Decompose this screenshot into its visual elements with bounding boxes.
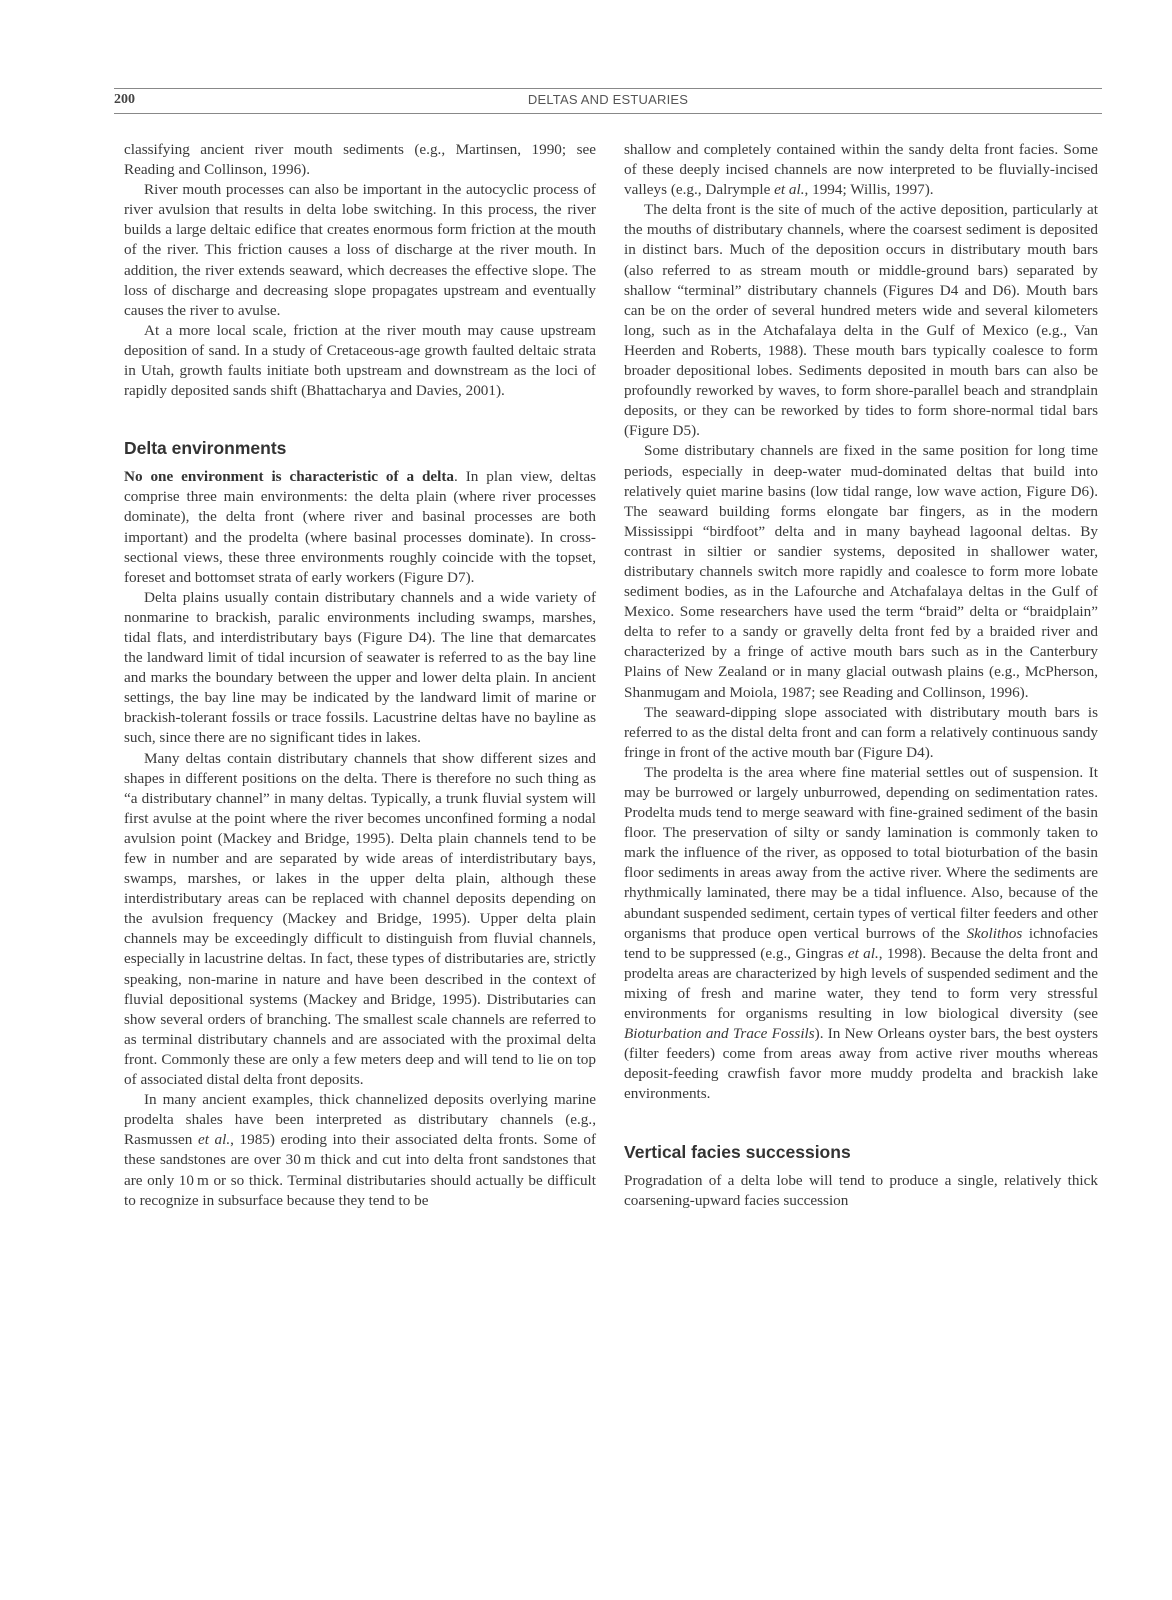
lead-sentence: No one environment is characteristic of … [124,468,454,485]
running-header: 200 DELTAS AND ESTUARIES [114,88,1102,114]
right-column: shallow and completely contained within … [624,140,1098,1211]
paragraph: The seaward-dipping slope associated wit… [624,703,1098,763]
paragraph: At a more local scale, friction at the r… [124,321,596,401]
paragraph: shallow and completely contained within … [624,140,1098,200]
et-al: et al. [774,181,804,198]
document-page: 200 DELTAS AND ESTUARIES classifying anc… [0,0,1172,1600]
paragraph: Delta plains usually contain distributar… [124,588,596,749]
et-al: et al. [848,945,879,962]
paragraph: Some distributary channels are fixed in … [624,441,1098,702]
paragraph: River mouth processes can also be import… [124,180,596,321]
paragraph: In many ancient examples, thick channeli… [124,1090,596,1211]
left-column: classifying ancient river mouth sediment… [124,140,596,1211]
paragraph: No one environment is characteristic of … [124,467,596,588]
paragraph-text: . In plan view, deltas comprise three ma… [124,468,596,585]
paragraph: The prodelta is the area where fine mate… [624,763,1098,1105]
paragraph: Many deltas contain distributary channel… [124,749,596,1091]
taxon-skolithos: Skolithos [967,925,1023,942]
running-title: DELTAS AND ESTUARIES [114,92,1102,107]
paragraph-text: The prodelta is the area where fine mate… [624,764,1098,942]
paragraph: Progradation of a delta lobe will tend t… [624,1171,1098,1211]
paragraph: classifying ancient river mouth sediment… [124,140,596,180]
paragraph: The delta front is the site of much of t… [624,200,1098,441]
section-heading-delta-environments: Delta environments [124,437,596,459]
paragraph-text: , 1994; Willis, 1997). [805,181,934,198]
cross-reference: Bioturbation and Trace Fossils [624,1025,815,1042]
section-heading-vertical-facies: Vertical facies successions [624,1141,1098,1163]
et-al: et al. [198,1131,230,1148]
